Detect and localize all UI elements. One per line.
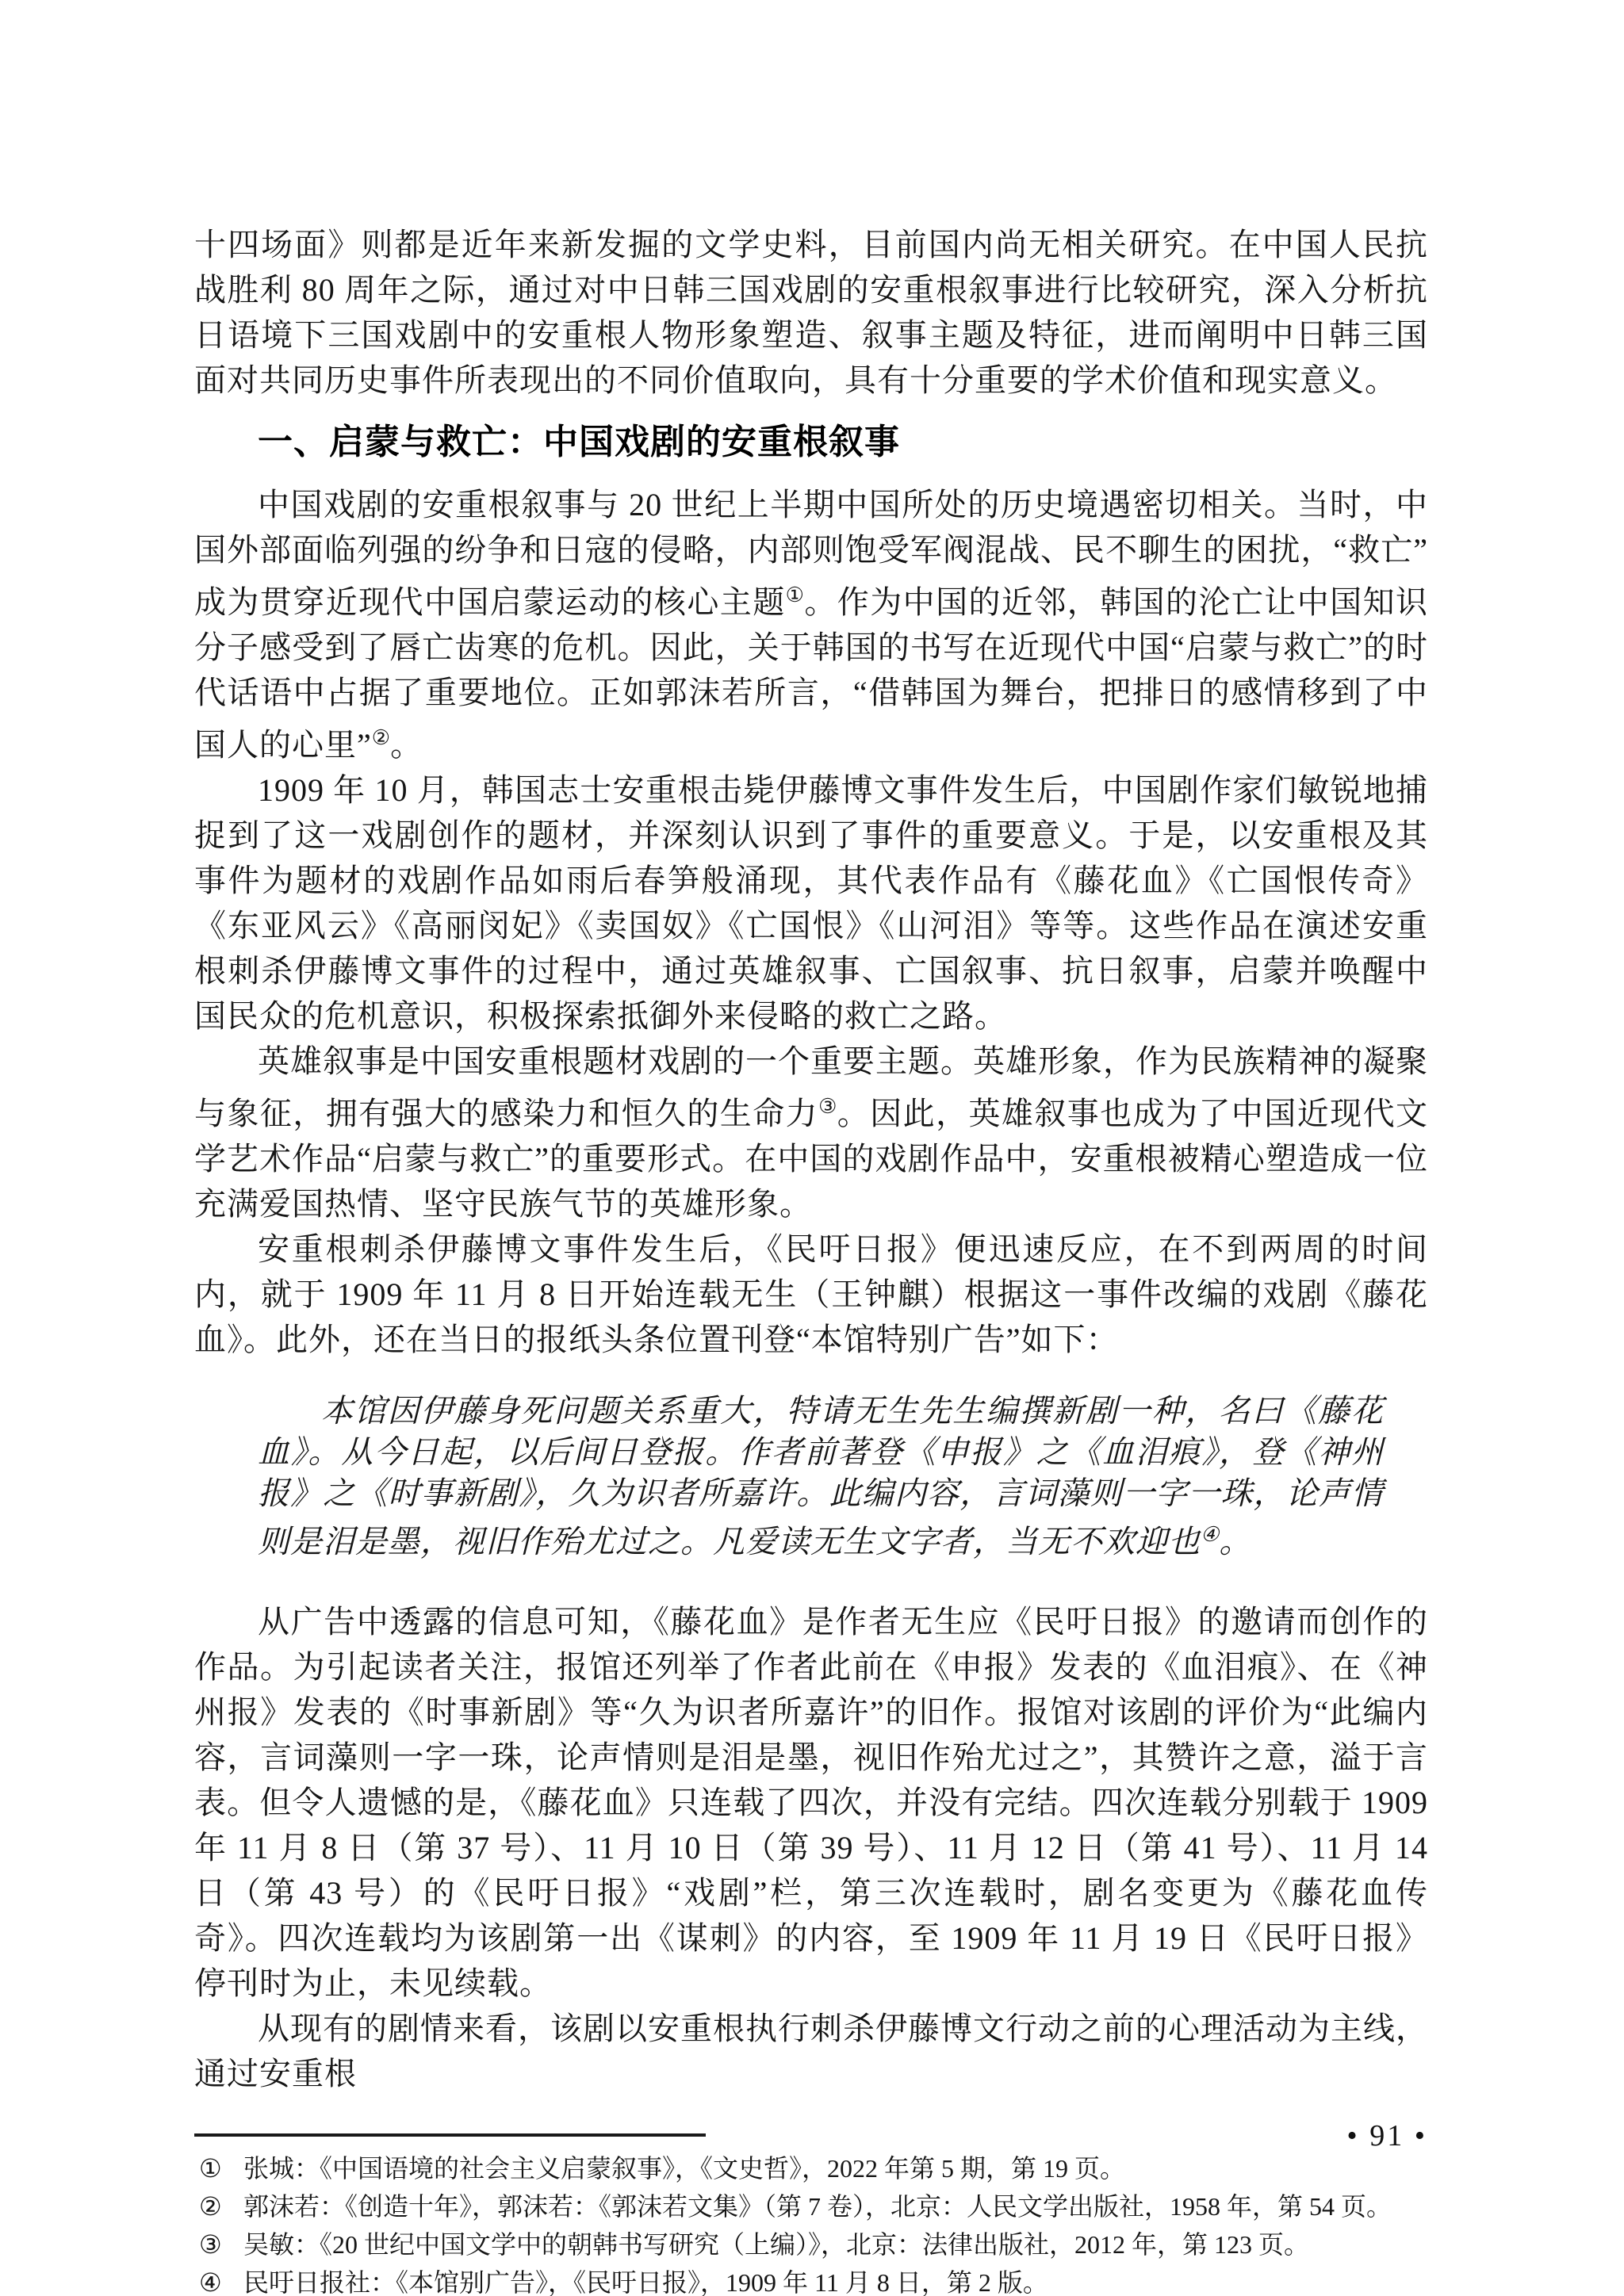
footnote-marker: ③	[194, 2225, 243, 2263]
footnote-ref: ④	[1201, 1523, 1219, 1546]
footnote-item: ②郭沫若：《创造十年》，郭沫若：《郭沫若文集》（第 7 卷），北京：人民文学出版…	[194, 2187, 1428, 2225]
footnote-section: ①张城：《中国语境的社会主义启蒙叙事》，《文史哲》，2022 年第 5 期，第 …	[194, 2133, 1428, 2296]
footnote-item: ③吴敏：《20 世纪中国文学中的朝韩书写研究（上编）》，北京：法律出版社，201…	[194, 2225, 1428, 2263]
paragraph: 1909 年 10 月，韩国志士安重根击毙伊藤博文事件发生后，中国剧作家们敏锐地…	[194, 767, 1428, 1039]
page-number: • 91 •	[1346, 2118, 1427, 2153]
footnote-text: 吴敏：《20 世纪中国文学中的朝韩书写研究（上编）》，北京：法律出版社，2012…	[243, 2225, 1428, 2263]
paragraph: 从现有的剧情来看，该剧以安重根执行刺杀伊藤博文行动之前的心理活动为主线，通过安重…	[194, 2006, 1428, 2096]
text-run: 从广告中透露的信息可知，《藤花血》是作者无生应《民吁日报》的邀请而创作的作品。为…	[194, 1604, 1428, 2001]
footnote-divider	[194, 2133, 706, 2137]
text-run: 。	[1219, 1524, 1251, 1559]
footnote-text: 张城：《中国语境的社会主义启蒙叙事》，《文史哲》，2022 年第 5 期，第 1…	[243, 2149, 1428, 2187]
footnote-marker: ①	[194, 2149, 243, 2187]
paragraph: 从广告中透露的信息可知，《藤花血》是作者无生应《民吁日报》的邀请而创作的作品。为…	[194, 1599, 1428, 2006]
text-run: 1909 年 10 月，韩国志士安重根击毙伊藤博文事件发生后，中国剧作家们敏锐地…	[194, 772, 1428, 1034]
footnote-marker: ④	[194, 2263, 243, 2296]
footnote-item: ④民吁日报社：《本馆别广告》，《民吁日报》，1909 年 11 月 8 日，第 …	[194, 2263, 1428, 2296]
paragraph: 十四场面》则都是近年来新发掘的文学史料，目前国内尚无相关研究。在中国人民抗战胜利…	[194, 222, 1428, 403]
text-run: 。	[390, 727, 423, 763]
section-heading: 一、启蒙与救亡：中国戏剧的安重根叙事	[258, 419, 1428, 466]
footnote-text: 郭沫若：《创造十年》，郭沫若：《郭沫若文集》（第 7 卷），北京：人民文学出版社…	[243, 2187, 1428, 2225]
footnote-ref: ③	[818, 1095, 837, 1118]
text-run: 一、启蒙与救亡：中国戏剧的安重根叙事	[258, 423, 900, 461]
text-run: 安重根刺杀伊藤博文事件发生后，《民吁日报》便迅速反应，在不到两周的时间内，就于 …	[194, 1231, 1428, 1357]
text-run: 十四场面》则都是近年来新发掘的文学史料，目前国内尚无相关研究。在中国人民抗战胜利…	[194, 227, 1428, 398]
footnote-list: ①张城：《中国语境的社会主义启蒙叙事》，《文史哲》，2022 年第 5 期，第 …	[194, 2149, 1428, 2296]
footnote-item: ①张城：《中国语境的社会主义启蒙叙事》，《文史哲》，2022 年第 5 期，第 …	[194, 2149, 1428, 2187]
footnote-ref: ①	[786, 584, 805, 607]
footnote-text: 民吁日报社：《本馆别广告》，《民吁日报》，1909 年 11 月 8 日，第 2…	[243, 2263, 1428, 2296]
text-run: 从现有的剧情来看，该剧以安重根执行刺杀伊藤博文行动之前的心理活动为主线，通过安重…	[194, 2011, 1428, 2091]
advert-blockquote: 本馆因伊藤身死问题关系重大，特请无生先生编撰新剧一种，名曰《藤花血》。从今日起，…	[258, 1391, 1384, 1563]
paragraph: 安重根刺杀伊藤博文事件发生后，《民吁日报》便迅速反应，在不到两周的时间内，就于 …	[194, 1226, 1428, 1362]
document-page: 十四场面》则都是近年来新发掘的文学史料，目前国内尚无相关研究。在中国人民抗战胜利…	[0, 0, 1624, 2296]
paragraph: 英雄叙事是中国安重根题材戏剧的一个重要主题。英雄形象，作为民族精神的凝聚与象征，…	[194, 1039, 1428, 1226]
footnote-ref: ②	[372, 726, 390, 749]
footnote-marker: ②	[194, 2187, 243, 2225]
article-body: 十四场面》则都是近年来新发掘的文学史料，目前国内尚无相关研究。在中国人民抗战胜利…	[194, 222, 1428, 2296]
paragraph: 中国戏剧的安重根叙事与 20 世纪上半期中国所处的历史境遇密切相关。当时，中国外…	[194, 482, 1428, 767]
